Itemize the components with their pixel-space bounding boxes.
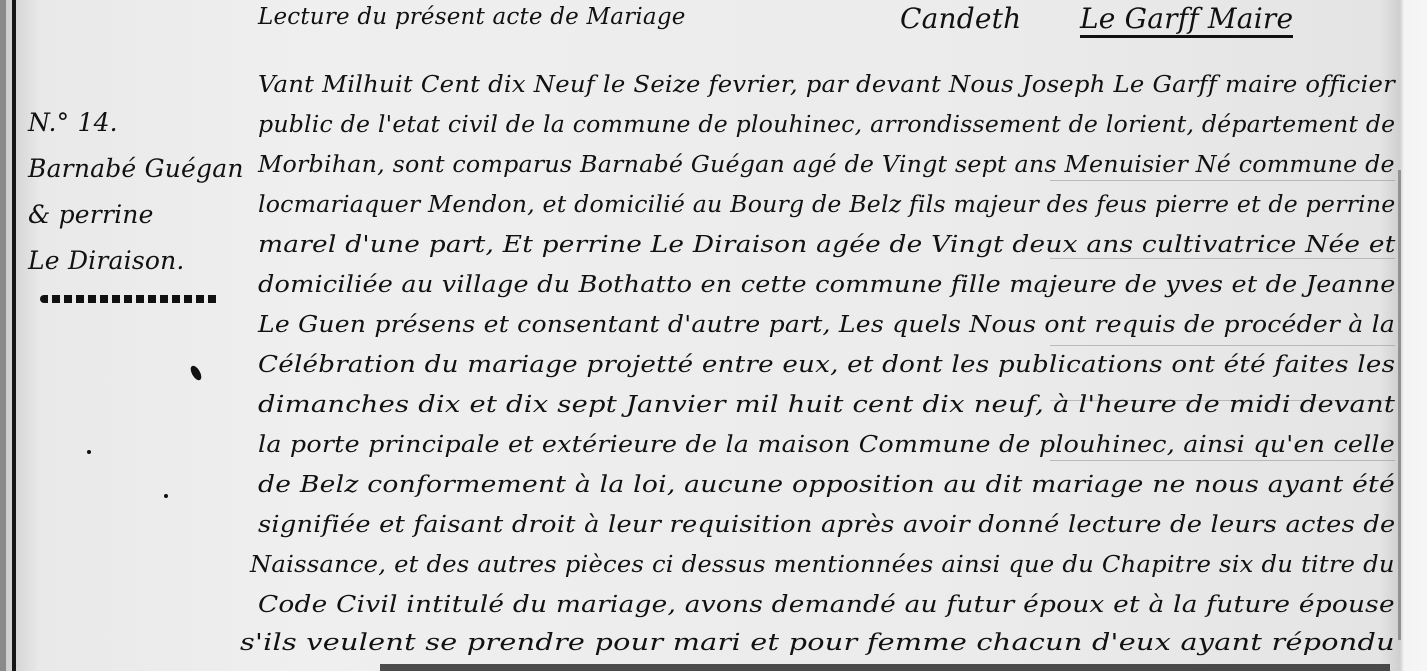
body-line-1: Vant Milhuit Cent dix Neuf le Seize fevr…	[258, 72, 1395, 98]
margin-flourish	[40, 295, 220, 303]
body-line-3: Morbihan, sont comparus Barnabé Guégan a…	[258, 152, 1395, 178]
body-line-10: la porte principale et extérieure de la …	[258, 432, 1395, 458]
margin-bride-surname: Le Diraison.	[28, 238, 248, 284]
scanned-register-page: Lecture du présent acte de Mariage Cande…	[0, 0, 1427, 671]
ink-blot	[189, 364, 204, 382]
ink-speck	[87, 450, 91, 454]
body-line-5: marel d'une part, Et perrine Le Diraison…	[258, 232, 1396, 258]
body-line-11: de Belz conformement à la loi, aucune op…	[258, 472, 1395, 498]
body-line-15: s'ils veulent se prendre pour mari et po…	[240, 630, 1395, 656]
body-line-13: Naissance, et des autres pièces ci dessu…	[250, 552, 1395, 578]
body-line-14: Code Civil intitulé du mariage, avons de…	[258, 592, 1395, 618]
ink-speck	[164, 494, 168, 498]
margin-bride-first: & perrine	[28, 192, 248, 238]
body-line-2: public de l'etat civil de la commune de …	[258, 112, 1395, 138]
margin-groom-name: Barnabé Guégan	[28, 146, 248, 192]
body-line-7: Le Guen présens et consentant d'autre pa…	[258, 312, 1395, 338]
ruled-line	[1050, 180, 1395, 181]
binding-shadow	[0, 0, 6, 671]
margin-rule	[12, 0, 16, 671]
page-bottom-edge	[380, 664, 1390, 671]
ruled-line	[1050, 345, 1395, 346]
act-number: N.° 14.	[28, 100, 248, 146]
body-line-6: domiciliée au village du Bothatto en cet…	[258, 272, 1396, 298]
body-line-8: Célébration du mariage projetté entre eu…	[258, 352, 1395, 378]
body-line-9: dimanches dix et dix sept Janvier mil hu…	[258, 392, 1395, 418]
signature-witness: Candeth	[900, 2, 1021, 35]
ruled-line	[1050, 258, 1395, 259]
header-reading-line: Lecture du présent acte de Mariage	[258, 4, 686, 30]
body-line-12: signifiée et faisant droit à leur requis…	[258, 512, 1395, 538]
page-edge	[1398, 170, 1401, 640]
ruled-line	[1050, 460, 1395, 461]
margin-annotation: N.° 14. Barnabé Guégan & perrine Le Dira…	[28, 100, 248, 284]
body-line-4: locmariaquer Mendon, et domicilié au Bou…	[258, 192, 1395, 218]
signature-mayor: Le Garff Maire	[1080, 2, 1293, 38]
